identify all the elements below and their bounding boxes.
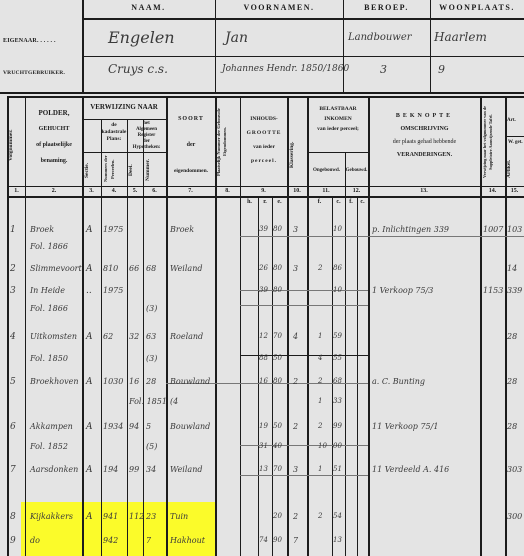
row-gulden: 2	[318, 422, 322, 430]
col-number: 13.	[368, 188, 480, 194]
row-volgnummer: 1	[10, 225, 16, 235]
row-soort: Bouwland	[170, 377, 210, 386]
row-roeden: 19	[259, 422, 268, 430]
rule	[345, 152, 346, 556]
col-number: 8.	[215, 188, 240, 194]
top-divider	[343, 0, 344, 92]
header-line: eigendommen.	[167, 166, 215, 177]
col-number: 6.	[143, 188, 166, 194]
rule	[82, 119, 166, 120]
kadastrale-subheader: de kadastrale Plans:	[101, 122, 127, 143]
col-number: 12.	[345, 188, 368, 194]
col-number: 4.	[101, 188, 127, 194]
rule	[505, 136, 524, 137]
usufructuary-beroep: 3	[380, 63, 387, 76]
rule	[7, 186, 524, 187]
row-deel: 99	[129, 465, 139, 474]
row-roeden: 39	[259, 286, 268, 294]
row-polder: Akkampen	[30, 422, 73, 431]
row-polder: Fol. 1852	[30, 442, 68, 451]
col-ongebouwd-header: Ongebouwd.	[308, 168, 345, 173]
row-nummer: (5)	[146, 442, 157, 451]
header-line: der	[167, 140, 215, 151]
row-cent: 13	[333, 536, 342, 544]
row-cent: 10	[333, 225, 342, 233]
row-soort: Bouwland	[170, 422, 210, 431]
header-line: perceel.	[241, 156, 287, 167]
col-number: 10.	[287, 188, 307, 194]
row-sectie: A	[86, 512, 93, 522]
row-cent: 55	[333, 354, 342, 362]
row-omschrijving: 1 Verkoop 75/3	[372, 286, 433, 295]
row-ellen: 80	[273, 286, 282, 294]
row-ellen: 90	[273, 536, 282, 544]
row-nummer: 5	[146, 422, 151, 431]
row-rule	[240, 236, 524, 237]
row-soort: Weiland	[170, 264, 202, 273]
col-number: 11.	[307, 188, 345, 194]
row-ellen: 50	[273, 422, 282, 430]
col-number: 1.	[8, 188, 25, 194]
col-gebouwd-header: Gebouwd.	[345, 168, 368, 173]
row-roeden: 31	[259, 442, 268, 450]
row-perceel: 1934	[103, 422, 123, 431]
col-number: 2.	[26, 188, 82, 194]
row-perceel: 1975	[103, 286, 123, 295]
row-cent: 10	[333, 286, 342, 294]
row-klasse: 3	[293, 225, 298, 234]
row-nummer: 63	[146, 332, 156, 341]
col-number: 14.	[480, 188, 505, 194]
row-nummer: 34	[146, 465, 156, 474]
row-polder: Fol. 1866	[30, 242, 68, 251]
header-line: van ieder perceel;	[308, 124, 368, 134]
row-sectie: ..	[86, 286, 92, 296]
rule	[307, 152, 368, 153]
col-sectie-header: Sectie.	[84, 156, 100, 184]
col-polder-header: POLDER, GEHUCHT of plaatselijke benaming…	[26, 108, 82, 167]
row-deel: 66	[129, 264, 139, 273]
header-line: INHOUDS-	[241, 114, 287, 125]
row-klasse: 2	[293, 377, 298, 386]
header-line: de	[101, 122, 127, 129]
col-number: 5.	[127, 188, 143, 194]
row-klasse: 2	[293, 512, 298, 521]
row-gulden: 4	[318, 354, 322, 362]
top-divider	[82, 0, 84, 92]
top-divider	[215, 0, 216, 92]
row-polder: Aarsdonken	[30, 465, 78, 474]
eigenaar-label: EIGENAAR. . . . . .	[3, 38, 56, 44]
row-artikel: 303	[507, 465, 522, 474]
row-cent: 68	[333, 377, 342, 385]
owner-naam: Engelen	[108, 28, 175, 47]
top-block-bottom	[0, 92, 524, 94]
row-perceel: 810	[103, 264, 118, 273]
header-line: GROOTTE	[241, 128, 287, 139]
row-polder: do	[30, 536, 40, 545]
owner-woonplaats: Haarlem	[434, 30, 487, 44]
col-woonplaats-header: WOONPLAATS.	[430, 3, 524, 12]
header-line: GEHUCHT	[26, 124, 82, 135]
unit-label: c.	[357, 199, 368, 205]
col-artikel-header: Artikel.	[506, 155, 518, 183]
unit-label: f.	[307, 199, 332, 205]
row-omschrijving: 11 Verdeeld A. 416	[372, 465, 449, 474]
rule	[307, 96, 309, 556]
row-verwijzing: 1153	[483, 286, 503, 295]
header-line: SOORT	[167, 114, 215, 125]
col-art-sub-header: W. get.	[508, 140, 524, 146]
row-soort: Weiland	[170, 465, 202, 474]
row-perceel: 1975	[103, 225, 123, 234]
col-omschrijving-header: BEKNOPTE OMSCHRIJVING der plaats gehad h…	[369, 110, 480, 162]
col-voornamen-header: VOORNAMEN.	[215, 3, 343, 12]
row-artikel: 28	[507, 377, 517, 386]
row-perceel: 1030	[103, 377, 123, 386]
row-gulden: 2	[318, 512, 322, 520]
row-polder: Fol. 1866	[30, 304, 68, 313]
col-soort-header: SOORT der eigendommen.	[167, 114, 215, 177]
col-perceel-header: Nummers der Perceelen.	[102, 154, 126, 184]
row-ellen: 80	[273, 225, 282, 233]
row-artikel: 103	[507, 225, 522, 234]
header-line: BEKNOPTE	[369, 110, 480, 123]
row-volgnummer: 3	[10, 286, 16, 296]
row-deel: Fol. 1851	[129, 397, 167, 406]
row-ellen: 80	[273, 264, 282, 272]
row-soort: (4	[170, 397, 178, 406]
row-cent: 00	[333, 442, 342, 450]
row-deel: 94	[129, 422, 139, 431]
rule	[332, 196, 333, 556]
rule	[357, 196, 358, 556]
row-klasse: 2	[293, 422, 298, 431]
row-nummer: (3)	[146, 304, 157, 313]
row-deel: 16	[129, 377, 139, 386]
usufructuary-naam: Cruys c.s.	[108, 62, 168, 76]
header-line: of plaatselijke	[26, 140, 82, 151]
unit-label: h.	[241, 199, 258, 205]
row-omschrijving: p. Inlichtingen 339	[372, 225, 449, 234]
row-perceel: 62	[103, 332, 113, 341]
col-deel-header: Deel.	[128, 156, 142, 184]
row-nummer: 28	[146, 377, 156, 386]
row-polder: Slimmevoort	[30, 264, 82, 273]
row-volgnummer: 9	[10, 536, 16, 546]
rule	[258, 196, 259, 556]
row-nummer: 23	[146, 512, 156, 521]
row-cent: 33	[333, 397, 342, 405]
row-gulden: 1	[318, 465, 322, 473]
rule	[82, 152, 166, 153]
row-roeden: 16	[259, 377, 268, 385]
row-rule	[240, 305, 368, 306]
row-gulden: 2	[318, 264, 322, 272]
header-line: VERANDERINGEN.	[369, 149, 480, 162]
row-sectie: A	[86, 465, 93, 475]
row-sectie: A	[86, 264, 93, 274]
row-ellen: 70	[273, 332, 282, 340]
rule	[368, 96, 370, 556]
row-artikel: 339	[507, 286, 522, 295]
row-polder: Kijkakkers	[30, 512, 73, 521]
row-nummer: 7	[146, 536, 151, 545]
row-cent: 51	[333, 465, 342, 473]
row-roeden: 12	[259, 332, 268, 340]
row-volgnummer: 2	[10, 264, 16, 274]
row-sectie: A	[86, 377, 93, 387]
rule	[7, 196, 524, 198]
row-rule	[240, 475, 368, 476]
row-roeden: 13	[259, 465, 268, 473]
unit-label: f.	[345, 199, 357, 205]
unit-label: c.	[332, 199, 345, 205]
col-plaatselijk-nummer-header: Plaatselijk Nummer der Gebouwde Eigendom…	[216, 100, 239, 184]
row-cent: 54	[333, 512, 342, 520]
top-header-rule	[82, 18, 524, 20]
row-roeden: 88	[259, 354, 268, 362]
col-volgnummer-header: Volgnummer.	[8, 110, 25, 180]
row-ellen: 70	[273, 465, 282, 473]
col-number: 9.	[240, 188, 287, 194]
row-gulden: 10	[318, 442, 327, 450]
row-nummer: (3)	[146, 354, 157, 363]
top-divider	[430, 0, 431, 92]
owner-voornamen: Jan	[225, 30, 248, 46]
header-line: Hypotheken:	[127, 145, 166, 151]
row-sectie: A	[86, 225, 93, 235]
row-volgnummer: 7	[10, 465, 16, 475]
top-row-rule	[82, 56, 524, 57]
verwijzing-group-header: VERWIJZING NAAR	[82, 102, 166, 113]
row-soort: Roeland	[170, 332, 203, 341]
row-sectie: A	[86, 332, 93, 342]
row-artikel: 14	[507, 264, 517, 273]
header-line: Plans:	[101, 136, 127, 143]
row-gulden: 1	[318, 332, 322, 340]
col-verwijzing-tafel-header: Verwijzing naar het volgnummer van de Su…	[482, 100, 504, 184]
header-line: van ieder	[241, 142, 287, 153]
row-polder: In Heide	[30, 286, 65, 295]
row-gulden: 1	[318, 397, 322, 405]
row-soort: Hakhout	[170, 536, 205, 545]
row-artikel: 28	[507, 332, 517, 341]
col-art-top-header: Art.	[507, 118, 516, 123]
belastbaar-group-header: BELASTBAAR INKOMEN van ieder perceel;	[308, 104, 368, 134]
row-polder: Uitkomsten	[30, 332, 77, 341]
rule	[272, 196, 273, 556]
row-perceel: 194	[103, 465, 118, 474]
usufructuary-voornamen: Johannes Hendr. 1850/1860	[222, 64, 349, 74]
header-line: BELASTBAAR	[308, 104, 368, 114]
col-number: 3.	[82, 188, 101, 194]
row-volgnummer: 8	[10, 512, 16, 522]
col-naam-header: NAAM.	[82, 3, 215, 12]
row-soort: Tuin	[170, 512, 188, 521]
hypotheken-subheader: het Algemeen Register der Hypotheken:	[127, 121, 166, 151]
header-line: der plaats gehad hebbende	[369, 136, 480, 149]
row-perceel: 941	[103, 512, 118, 521]
owner-beroep: Landbouwer	[348, 32, 412, 43]
row-klasse: 7	[293, 536, 298, 545]
row-klasse: 3	[293, 465, 298, 474]
header-line: POLDER,	[26, 108, 82, 119]
row-ellen: 20	[273, 512, 282, 520]
row-klasse: 3	[293, 264, 298, 273]
row-cent: 86	[333, 264, 342, 272]
row-volgnummer: 4	[10, 332, 16, 342]
row-perceel: 942	[103, 536, 118, 545]
unit-label: e.	[272, 199, 287, 205]
row-gulden: 2	[318, 377, 322, 385]
row-klasse: 4	[293, 332, 298, 341]
col-number: 15.	[505, 188, 524, 194]
row-volgnummer: 5	[10, 377, 16, 387]
row-polder: Broekhoven	[30, 377, 78, 386]
col-klassering-header: Klassering.	[289, 130, 306, 180]
header-line: kadastrale	[101, 129, 127, 136]
row-omschrijving: a. C. Bunting	[372, 377, 425, 386]
rule	[7, 96, 524, 98]
row-omschrijving: 11 Verkoop 75/1	[372, 422, 438, 431]
row-polder: Fol. 1850	[30, 354, 68, 363]
col-number: 7.	[166, 188, 215, 194]
row-verwijzing: 1007	[483, 225, 503, 234]
row-deel: 112	[129, 512, 144, 521]
row-ellen: 40	[273, 442, 282, 450]
col-nummer-header: Nummer.	[145, 156, 165, 184]
row-cent: 99	[333, 422, 342, 430]
usufructuary-woonplaats: 9	[438, 63, 445, 76]
row-cent: 59	[333, 332, 342, 340]
row-soort: Broek	[170, 225, 194, 234]
col-beroep-header: BEROEP.	[343, 3, 430, 12]
row-artikel: 28	[507, 422, 517, 431]
header-line: OMSCHRIJVING	[369, 123, 480, 136]
row-volgnummer: 6	[10, 422, 16, 432]
row-artikel: 300	[507, 512, 522, 521]
yellow-highlight	[21, 502, 215, 556]
vruchtgebruiker-label: VRUCHTGEBRUIKER.	[3, 70, 65, 76]
row-polder: Broek	[30, 225, 54, 234]
header-line: INKOMEN	[308, 114, 368, 124]
row-ellen: 50	[273, 354, 282, 362]
col-inhoud-header: INHOUDS- GROOTTE van ieder perceel.	[241, 114, 287, 167]
row-ellen: 80	[273, 377, 282, 385]
row-sectie: A	[86, 422, 93, 432]
unit-label: r.	[258, 199, 272, 205]
row-roeden: 26	[259, 264, 268, 272]
row-roeden: 74	[259, 536, 268, 544]
row-deel: 32	[129, 332, 139, 341]
row-nummer: 68	[146, 264, 156, 273]
header-line: benaming.	[26, 156, 82, 167]
row-roeden: 39	[259, 225, 268, 233]
